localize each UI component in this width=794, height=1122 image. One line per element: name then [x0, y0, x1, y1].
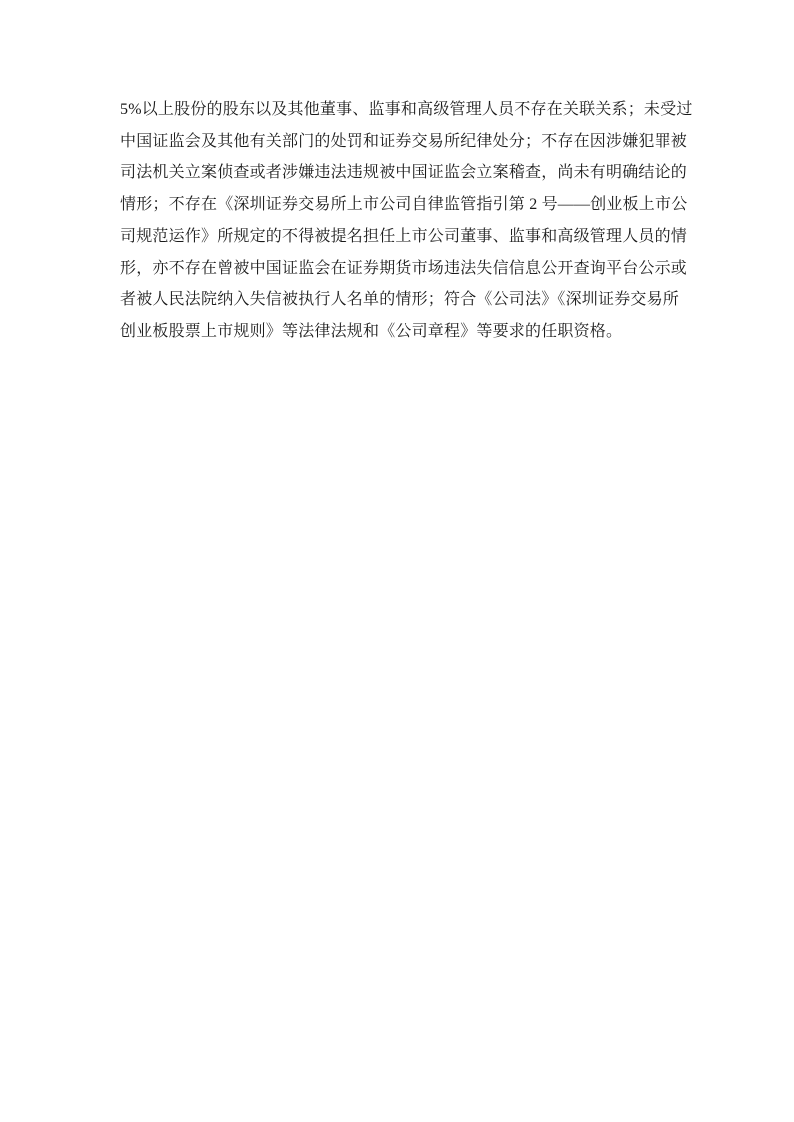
body-paragraph: 5%以上股份的股东以及其他董事、监事和高级管理人员不存在关联关系；未受过 中国证… — [120, 94, 674, 348]
document-page: 5%以上股份的股东以及其他董事、监事和高级管理人员不存在关联关系；未受过 中国证… — [0, 0, 794, 1122]
paragraph-line: 司规范运作》所规定的不得被提名担任上市公司董事、监事和高级管理人员的情 — [120, 221, 674, 253]
paragraph-line: 形，亦不存在曾被中国证监会在证券期货市场违法失信信息公开查询平台公示或 — [120, 253, 674, 285]
paragraph-line: 创业板股票上市规则》等法律法规和《公司章程》等要求的任职资格。 — [120, 316, 674, 348]
paragraph-line: 者被人民法院纳入失信被执行人名单的情形；符合《公司法》《深圳证券交易所 — [120, 284, 674, 316]
paragraph-line: 5%以上股份的股东以及其他董事、监事和高级管理人员不存在关联关系；未受过 — [120, 94, 674, 126]
paragraph-line: 司法机关立案侦查或者涉嫌违法违规被中国证监会立案稽查，尚未有明确结论的 — [120, 157, 674, 189]
paragraph-line: 情形；不存在《深圳证券交易所上市公司自律监管指引第 2 号——创业板上市公 — [120, 189, 674, 221]
paragraph-line: 中国证监会及其他有关部门的处罚和证券交易所纪律处分；不存在因涉嫌犯罪被 — [120, 126, 674, 158]
